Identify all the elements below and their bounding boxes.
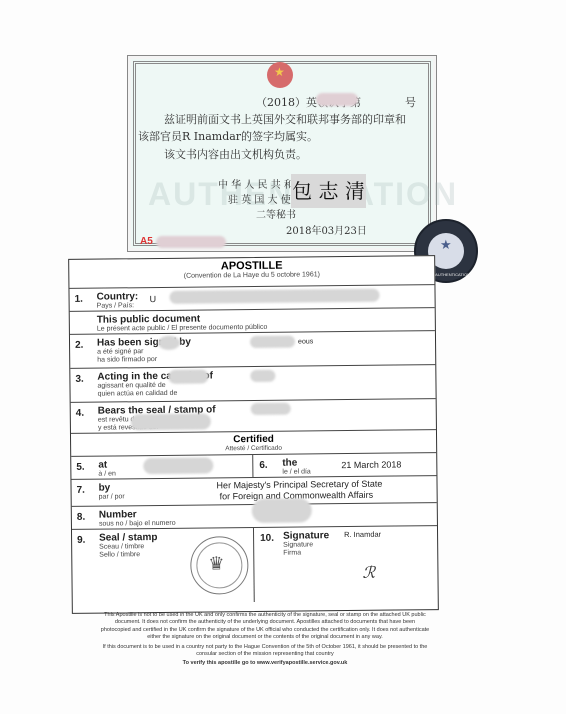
field-sublabel: Signature	[283, 541, 313, 548]
field-number: 10.	[260, 533, 274, 544]
official-signature: 包 志 清	[291, 174, 366, 208]
field-sublabel: Firma	[283, 550, 301, 557]
field-sublabel: le / el día	[282, 468, 310, 475]
field-number: 8.	[77, 512, 85, 523]
redaction	[143, 457, 213, 474]
apostille-header: APOSTILLE (Convention de La Haye du 5 oc…	[69, 256, 434, 289]
redaction	[158, 336, 180, 350]
certification-line-2: 该部官员R Inamdar的签字均属实。	[138, 128, 318, 144]
field-seal-signature: 9. Seal / stamp Sceau / timbre Sello / t…	[72, 526, 438, 604]
field-sublabel: à / en	[98, 470, 116, 477]
field-label: Seal / stamp	[99, 532, 157, 544]
field-sublabel: quien actúa en calidad de	[98, 390, 178, 398]
certification-line-3: 该文书内容由出文机构负责。	[164, 146, 307, 162]
field-number: 7.	[77, 485, 85, 496]
redaction	[250, 336, 295, 348]
country-value: U	[150, 294, 157, 304]
field-capacity: 3. Acting in the capacity of agissant en…	[70, 365, 435, 403]
redaction	[316, 93, 358, 106]
field-label: Number	[99, 509, 137, 520]
date-value: 21 March 2018	[341, 459, 401, 470]
field-number: 6.	[259, 460, 267, 471]
footer-disclaimer: This Apostille is not to be used in the …	[100, 612, 430, 642]
field-number: 4.	[76, 408, 84, 419]
authority-value-line-1: Her Majesty's Principal Secretary of Sta…	[216, 479, 382, 491]
serial-number: A5	[140, 236, 153, 247]
field-number: 5.	[76, 462, 84, 473]
field-label: at	[98, 460, 107, 471]
field-label: Country:	[96, 291, 138, 302]
national-emblem-icon	[267, 62, 293, 88]
redaction	[156, 236, 226, 248]
field-sublabel: Sello / timbre	[99, 551, 140, 558]
footer-hague-note: If this document is to be used in a coun…	[100, 644, 430, 659]
field-number: 3.	[75, 374, 83, 385]
certification-line-1: 兹证明前面文书上英国外交和联邦事务部的印章和	[164, 111, 406, 127]
signer-value: eous	[298, 338, 313, 345]
field-seal-of: 4. Bears the seal / stamp of est revêtu …	[71, 399, 436, 434]
chinese-legalization-certificate: AUTHENTICATION （2018）英领认字第号 兹证明前面文书上英国外交…	[127, 55, 437, 252]
field-sublabel: agissant en qualité de	[97, 382, 165, 390]
field-sublabel: sous no / bajo el numero	[99, 520, 176, 528]
signature-mark: ℛ	[362, 563, 375, 582]
field-number: 1.	[75, 294, 83, 305]
field-number: 2.	[75, 340, 83, 351]
field-sublabel: a été signé par	[97, 348, 143, 355]
signatory-name: R. Inamdar	[344, 530, 381, 539]
field-label: the	[282, 458, 297, 469]
issuer-title: 二等秘书	[256, 206, 296, 221]
field-label: by	[98, 483, 110, 494]
field-label: Signature	[283, 530, 329, 541]
field-sublabel: par / por	[99, 493, 125, 500]
field-number: 9.	[77, 535, 85, 546]
field-sublabel: Le présent acte public / El presente doc…	[97, 324, 268, 333]
field-signed-by: 2. Has been signed by a été signé par ha…	[70, 331, 435, 369]
redaction	[251, 403, 291, 415]
apostille-certificate: APOSTILLE (Convention de La Haye du 5 oc…	[68, 255, 439, 614]
redaction	[168, 369, 208, 383]
redaction	[169, 289, 379, 304]
field-sublabel: ha sido firmado por	[97, 356, 157, 364]
legalization-date: 2018年03月23日	[286, 222, 367, 237]
redaction	[131, 413, 211, 430]
field-sublabel: Pays / País:	[97, 302, 134, 309]
field-sublabel: Sceau / timbre	[99, 543, 144, 550]
redaction	[252, 498, 312, 523]
verify-link[interactable]: To verify this apostille go to www.verif…	[100, 660, 430, 667]
fco-seal-icon: ♛	[190, 536, 249, 595]
apostille-footer: This Apostille is not to be used in the …	[100, 612, 430, 668]
redaction	[250, 370, 275, 382]
